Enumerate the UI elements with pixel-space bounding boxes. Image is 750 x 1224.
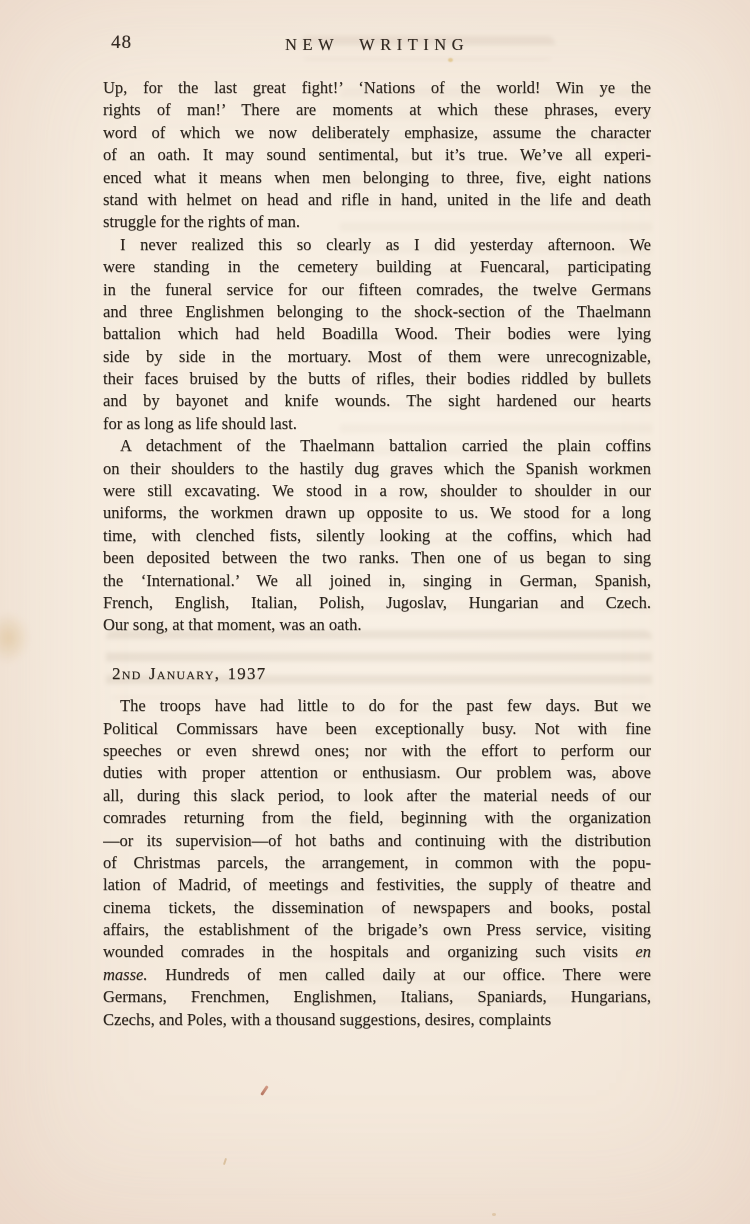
text-line: were standing in the cemetery building a…: [103, 256, 651, 278]
text-line: been deposited between the two ranks. Th…: [103, 547, 651, 569]
text-line: lation of Madrid, of meetings and festiv…: [103, 874, 651, 896]
text-line: Germans, Frenchmen, Englishmen, Italians…: [103, 986, 651, 1008]
text-line: comrades returning from the field, begin…: [103, 807, 651, 829]
text-line: in the funeral service for our fifteen c…: [103, 279, 651, 301]
text-line: —or its supervision—of hot baths and con…: [103, 830, 651, 852]
text-line: of an oath. It may sound sentimental, bu…: [103, 144, 651, 166]
text-line: French, English, Italian, Polish, Jugosl…: [103, 592, 651, 614]
text-line: wounded comrades in the hospitals and or…: [103, 941, 651, 963]
text-line: affairs, the establishment of the brigad…: [103, 919, 651, 941]
text-line: A detachment of the Thaelmann battalion …: [103, 435, 651, 457]
text-line: their faces bruised by the butts of rifl…: [103, 368, 651, 390]
text-block: Up, for the last great fight!’ ‘Nations …: [103, 77, 651, 1031]
text-line: Czechs, and Poles, with a thousand sugge…: [103, 1009, 651, 1031]
text-line: stand with helmet on head and rifle in h…: [103, 189, 651, 211]
text-line: were still excavating. We stood in a row…: [103, 480, 651, 502]
paragraph: Up, for the last great fight!’ ‘Nations …: [103, 77, 651, 234]
red-ink-speck: [260, 1085, 269, 1096]
paragraph: The troops have had little to do for the…: [103, 695, 651, 1031]
text-line: on their shoulders to the hastily dug gr…: [103, 458, 651, 480]
text-line: uniforms, the workmen drawn up opposite …: [103, 502, 651, 524]
text-line: of Christmas parcels, the arrangement, i…: [103, 852, 651, 874]
text-line: and three Englishmen belonging to the sh…: [103, 301, 651, 323]
text-line: Up, for the last great fight!’ ‘Nations …: [103, 77, 651, 99]
text-line: battalion which had held Boadilla Wood. …: [103, 323, 651, 345]
text-line: speeches or even shrewd ones; nor with t…: [103, 740, 651, 762]
text-line: masse. Hundreds of men called daily at o…: [103, 964, 651, 986]
text-line: time, with clenched fists, silently look…: [103, 525, 651, 547]
paper-speck: [223, 1158, 227, 1165]
paper-stain: [0, 612, 30, 664]
text-line: enced what it means when men belonging t…: [103, 167, 651, 189]
text-line: I never realized this so clearly as I di…: [103, 234, 651, 256]
text-line: duties with proper attention or enthusia…: [103, 762, 651, 784]
text-line: cinema tickets, the dissemination of new…: [103, 897, 651, 919]
paragraph: A detachment of the Thaelmann battalion …: [103, 435, 651, 637]
text-line: struggle for the rights of man.: [103, 211, 651, 233]
text-line: the ‘International.’ We all joined in, s…: [103, 570, 651, 592]
text-line: word of which we now deliberately emphas…: [103, 122, 651, 144]
paper-speck: [492, 1213, 496, 1216]
paragraph: I never realized this so clearly as I di…: [103, 234, 651, 436]
text-line: Political Commissars have been exception…: [103, 718, 651, 740]
text-line: side by side in the mortuary. Most of th…: [103, 346, 651, 368]
text-line: The troops have had little to do for the…: [103, 695, 651, 717]
paper-speck: [448, 58, 453, 62]
text-line: Our song, at that moment, was an oath.: [103, 614, 651, 636]
text-line: and by bayonet and knife wounds. The sig…: [103, 390, 651, 412]
running-head: NEW WRITING: [103, 35, 651, 55]
text-line: rights of man!’ There are moments at whi…: [103, 99, 651, 121]
text-line: for as long as life should last.: [103, 413, 651, 435]
book-page: 48 NEW WRITING Up, for the last great fi…: [0, 0, 750, 1224]
text-line: all, during this slack period, to look a…: [103, 785, 651, 807]
section-heading: 2nd January, 1937: [103, 663, 651, 685]
